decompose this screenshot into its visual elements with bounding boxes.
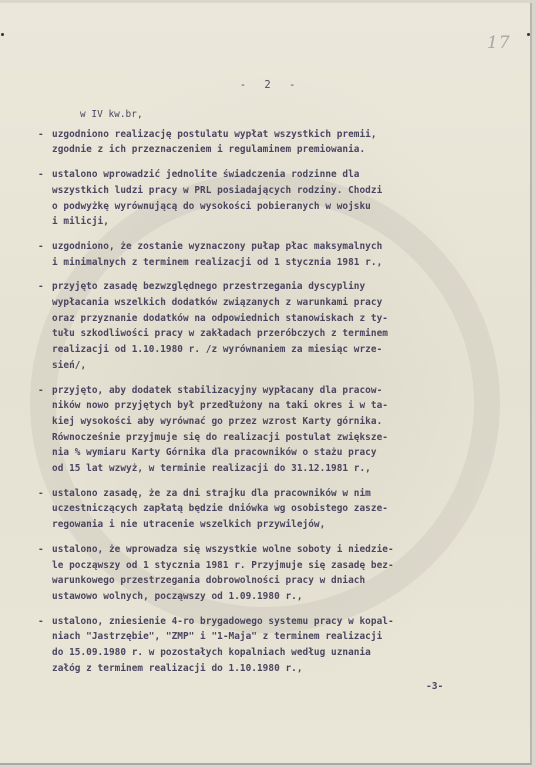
handwritten-page-number: 17 [487, 33, 511, 53]
list-item: -uzgodniono, że zostanie wyznaczony puła… [38, 239, 498, 270]
text-line: załóg z terminem realizacji do 1.10.1980… [52, 661, 498, 677]
text-line: uzgodniono, że zostanie wyznaczony pułap… [52, 239, 498, 255]
text-line: wypłacania wszelkich dodatków związanych… [52, 295, 498, 311]
next-page-marker: -3- [426, 681, 443, 692]
dash-bullet: - [38, 279, 44, 295]
text-line: do 15.09.1980 r. w pozostałych kopalniac… [52, 645, 498, 661]
text-line: uzgodniono realizację postulatu wypłat w… [52, 127, 498, 143]
text-line: o podwyżkę wyrównującą do wysokości pobi… [52, 199, 498, 215]
dash-bullet: - [38, 614, 44, 630]
text-line: ustalono zasadę, że za dni strajku dla p… [52, 486, 498, 502]
agreement-list: -uzgodniono realizację postulatu wypłat … [38, 127, 498, 677]
list-item: -uzgodniono realizację postulatu wypłat … [38, 127, 498, 158]
text-line: niach "Jastrzębie", "ZMP" i "1-Maja" z t… [52, 629, 498, 645]
punch-hole-mark [1, 33, 4, 36]
list-item: -przyjęto zasadę bezwzględnego przestrze… [38, 279, 498, 373]
text-line: ników nowo przyjętych był przedłużony na… [52, 398, 498, 414]
text-line: wszystkich ludzi pracy w PRL posiadający… [52, 183, 498, 199]
page-number: - 2 - [0, 79, 535, 91]
dash-bullet: - [38, 383, 44, 399]
document-body: w IV kw.br, -uzgodniono realizację postu… [38, 107, 498, 686]
text-line: Równocześnie przyjmuje się do realizacji… [52, 430, 498, 446]
text-line: i milicji, [52, 214, 498, 230]
text-line: warunkowego przestrzegania dobrowolności… [52, 573, 498, 589]
text-line: sień/, [52, 358, 498, 374]
text-line: uczestniczących zapłatą będzie dniówka w… [52, 501, 498, 517]
list-item: -ustalono wprowadzić jednolite świadczen… [38, 167, 498, 230]
text-line: ustalono, że wprowadza się wszystkie wol… [52, 542, 498, 558]
list-item: -ustalono, że wprowadza się wszystkie wo… [38, 542, 498, 605]
dash-bullet: - [38, 239, 44, 255]
text-line: ustawowo wolnych, począwszy od 1.09.1980… [52, 589, 498, 605]
text-line: tułu szkodliwości pracy w zakładach prze… [52, 326, 498, 342]
text-line: i minimalnych z terminem realizacji od 1… [52, 255, 498, 271]
dash-bullet: - [38, 167, 44, 183]
punch-hole-mark [527, 33, 530, 36]
text-line: realizacji od 1.10.1980 r. /z wyrównanie… [52, 342, 498, 358]
list-item: -ustalono, zniesienie 4-ro brygadowego s… [38, 614, 498, 677]
text-line: regowania i nie utracenie wszelkich przy… [52, 517, 498, 533]
text-line: zgodnie z ich przeznaczeniem i regulamin… [52, 142, 498, 158]
dash-bullet: - [38, 486, 44, 502]
dash-bullet: - [38, 127, 44, 143]
document-page: 17 - 2 - w IV kw.br, -uzgodniono realiza… [0, 3, 532, 765]
text-line: przyjęto, aby dodatek stabilizacyjny wyp… [52, 383, 498, 399]
text-line: kiej wysokości aby wyrównać go przez wzr… [52, 414, 498, 430]
text-line: nia % wymiaru Karty Górnika dla pracowni… [52, 445, 498, 461]
dash-bullet: - [38, 542, 44, 558]
text-line: ustalono, zniesienie 4-ro brygadowego sy… [52, 614, 498, 630]
lead-line: w IV kw.br, [38, 107, 498, 123]
text-line: od 15 lat wzwyż, w terminie realizacji d… [52, 461, 498, 477]
text-line: ustalono wprowadzić jednolite świadczeni… [52, 167, 498, 183]
text-line: oraz przyznanie dodatków na odpowiednich… [52, 311, 498, 327]
text-line: przyjęto zasadę bezwzględnego przestrzeg… [52, 279, 498, 295]
list-item: -ustalono zasadę, że za dni strajku dla … [38, 486, 498, 533]
text-line: le począwszy od 1 stycznia 1981 r. Przyj… [52, 558, 498, 574]
list-item: -przyjęto, aby dodatek stabilizacyjny wy… [38, 383, 498, 477]
